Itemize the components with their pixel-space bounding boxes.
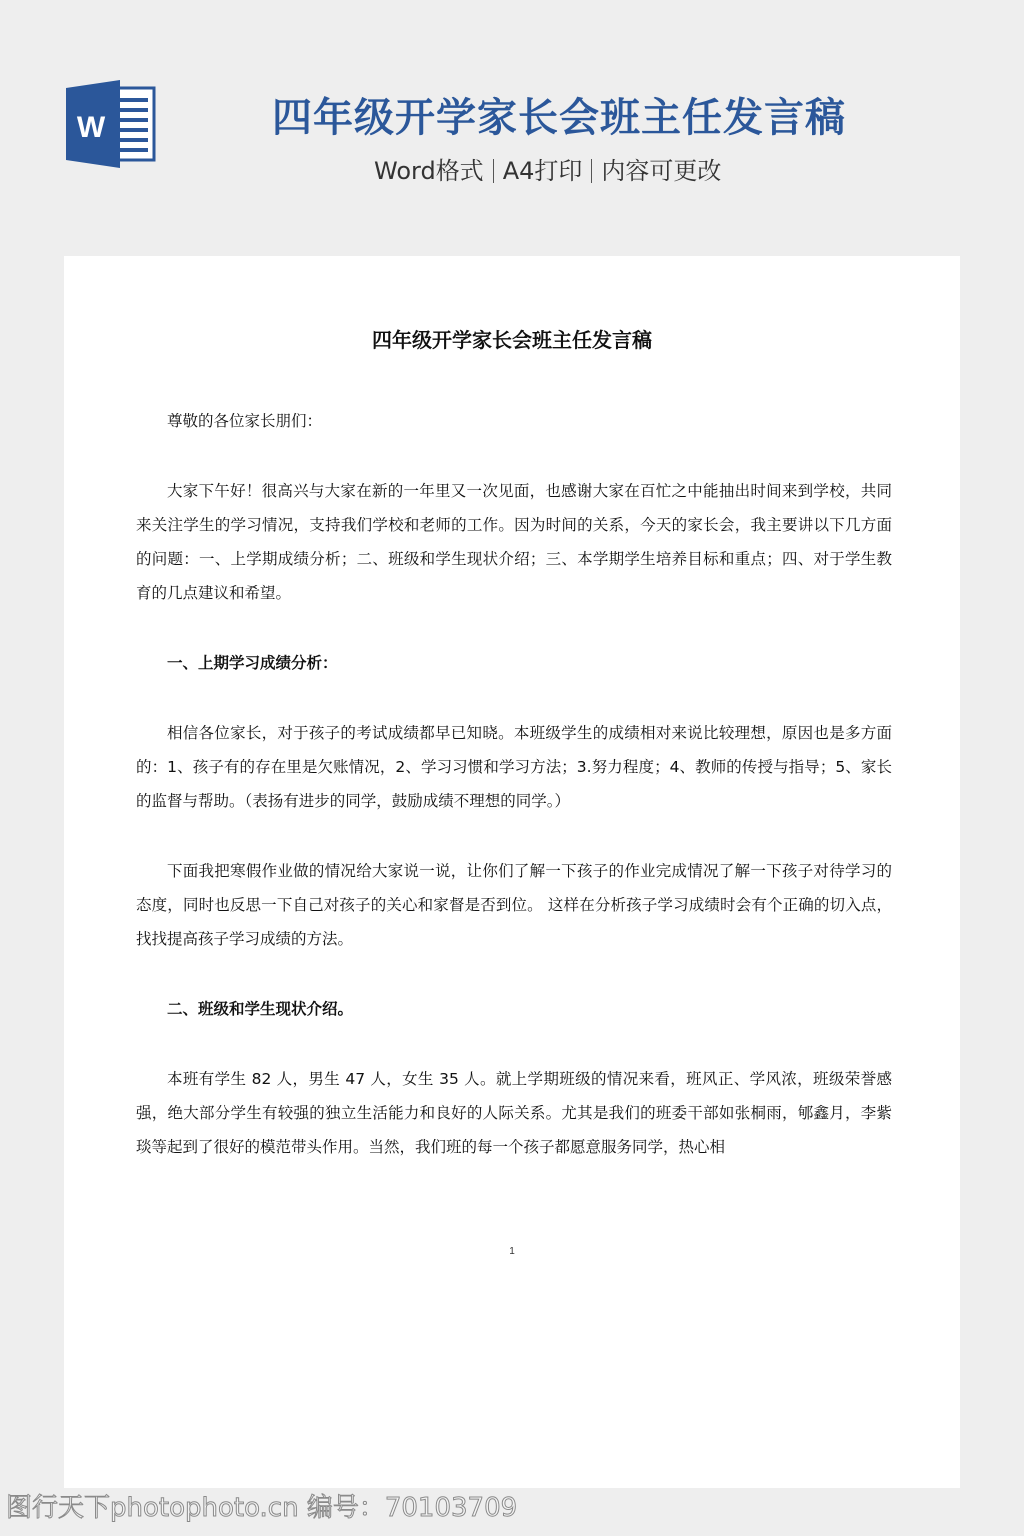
watermark: 图行天下photophoto.cn 编号：70103709 bbox=[6, 1490, 517, 1526]
subtitle-format: Word格式 bbox=[374, 157, 484, 185]
section-heading-1: 一、上期学习成绩分析： bbox=[136, 646, 892, 680]
header-subtitle: Word格式A4打印内容可更改 bbox=[374, 154, 721, 188]
word-document-icon: W bbox=[64, 80, 158, 168]
subtitle-print: A4打印 bbox=[503, 157, 583, 185]
header: W 四年级开学家长会班主任发言稿 Word格式A4打印内容可更改 bbox=[0, 0, 1024, 256]
paragraph-class-status: 本班有学生 82 人，男生 47 人，女生 35 人。就上学期班级的情况来看，班… bbox=[136, 1062, 892, 1164]
page-number: 1 bbox=[64, 1246, 960, 1257]
document-page: 四年级开学家长会班主任发言稿 尊敬的各位家长朋们： 大家下午好！很高兴与大家在新… bbox=[64, 256, 960, 1488]
subtitle-editable: 内容可更改 bbox=[601, 157, 721, 185]
svg-text:W: W bbox=[77, 111, 106, 144]
paragraph-intro: 大家下午好！很高兴与大家在新的一年里又一次见面，也感谢大家在百忙之中能抽出时间来… bbox=[136, 474, 892, 610]
paragraph-homework: 下面我把寒假作业做的情况给大家说一说，让你们了解一下孩子的作业完成情况了解一下孩… bbox=[136, 854, 892, 956]
paragraph-grades: 相信各位家长，对于孩子的考试成绩都早已知晓。本班级学生的成绩相对来说比较理想，原… bbox=[136, 716, 892, 818]
separator bbox=[493, 159, 494, 183]
section-heading-2: 二、班级和学生现状介绍。 bbox=[136, 992, 892, 1026]
separator bbox=[591, 159, 592, 183]
document-title: 四年级开学家长会班主任发言稿 bbox=[64, 326, 960, 354]
header-title: 四年级开学家长会班主任发言稿 bbox=[272, 92, 872, 144]
document-body: 尊敬的各位家长朋们： 大家下午好！很高兴与大家在新的一年里又一次见面，也感谢大家… bbox=[136, 404, 892, 1164]
salutation: 尊敬的各位家长朋们： bbox=[136, 404, 892, 438]
